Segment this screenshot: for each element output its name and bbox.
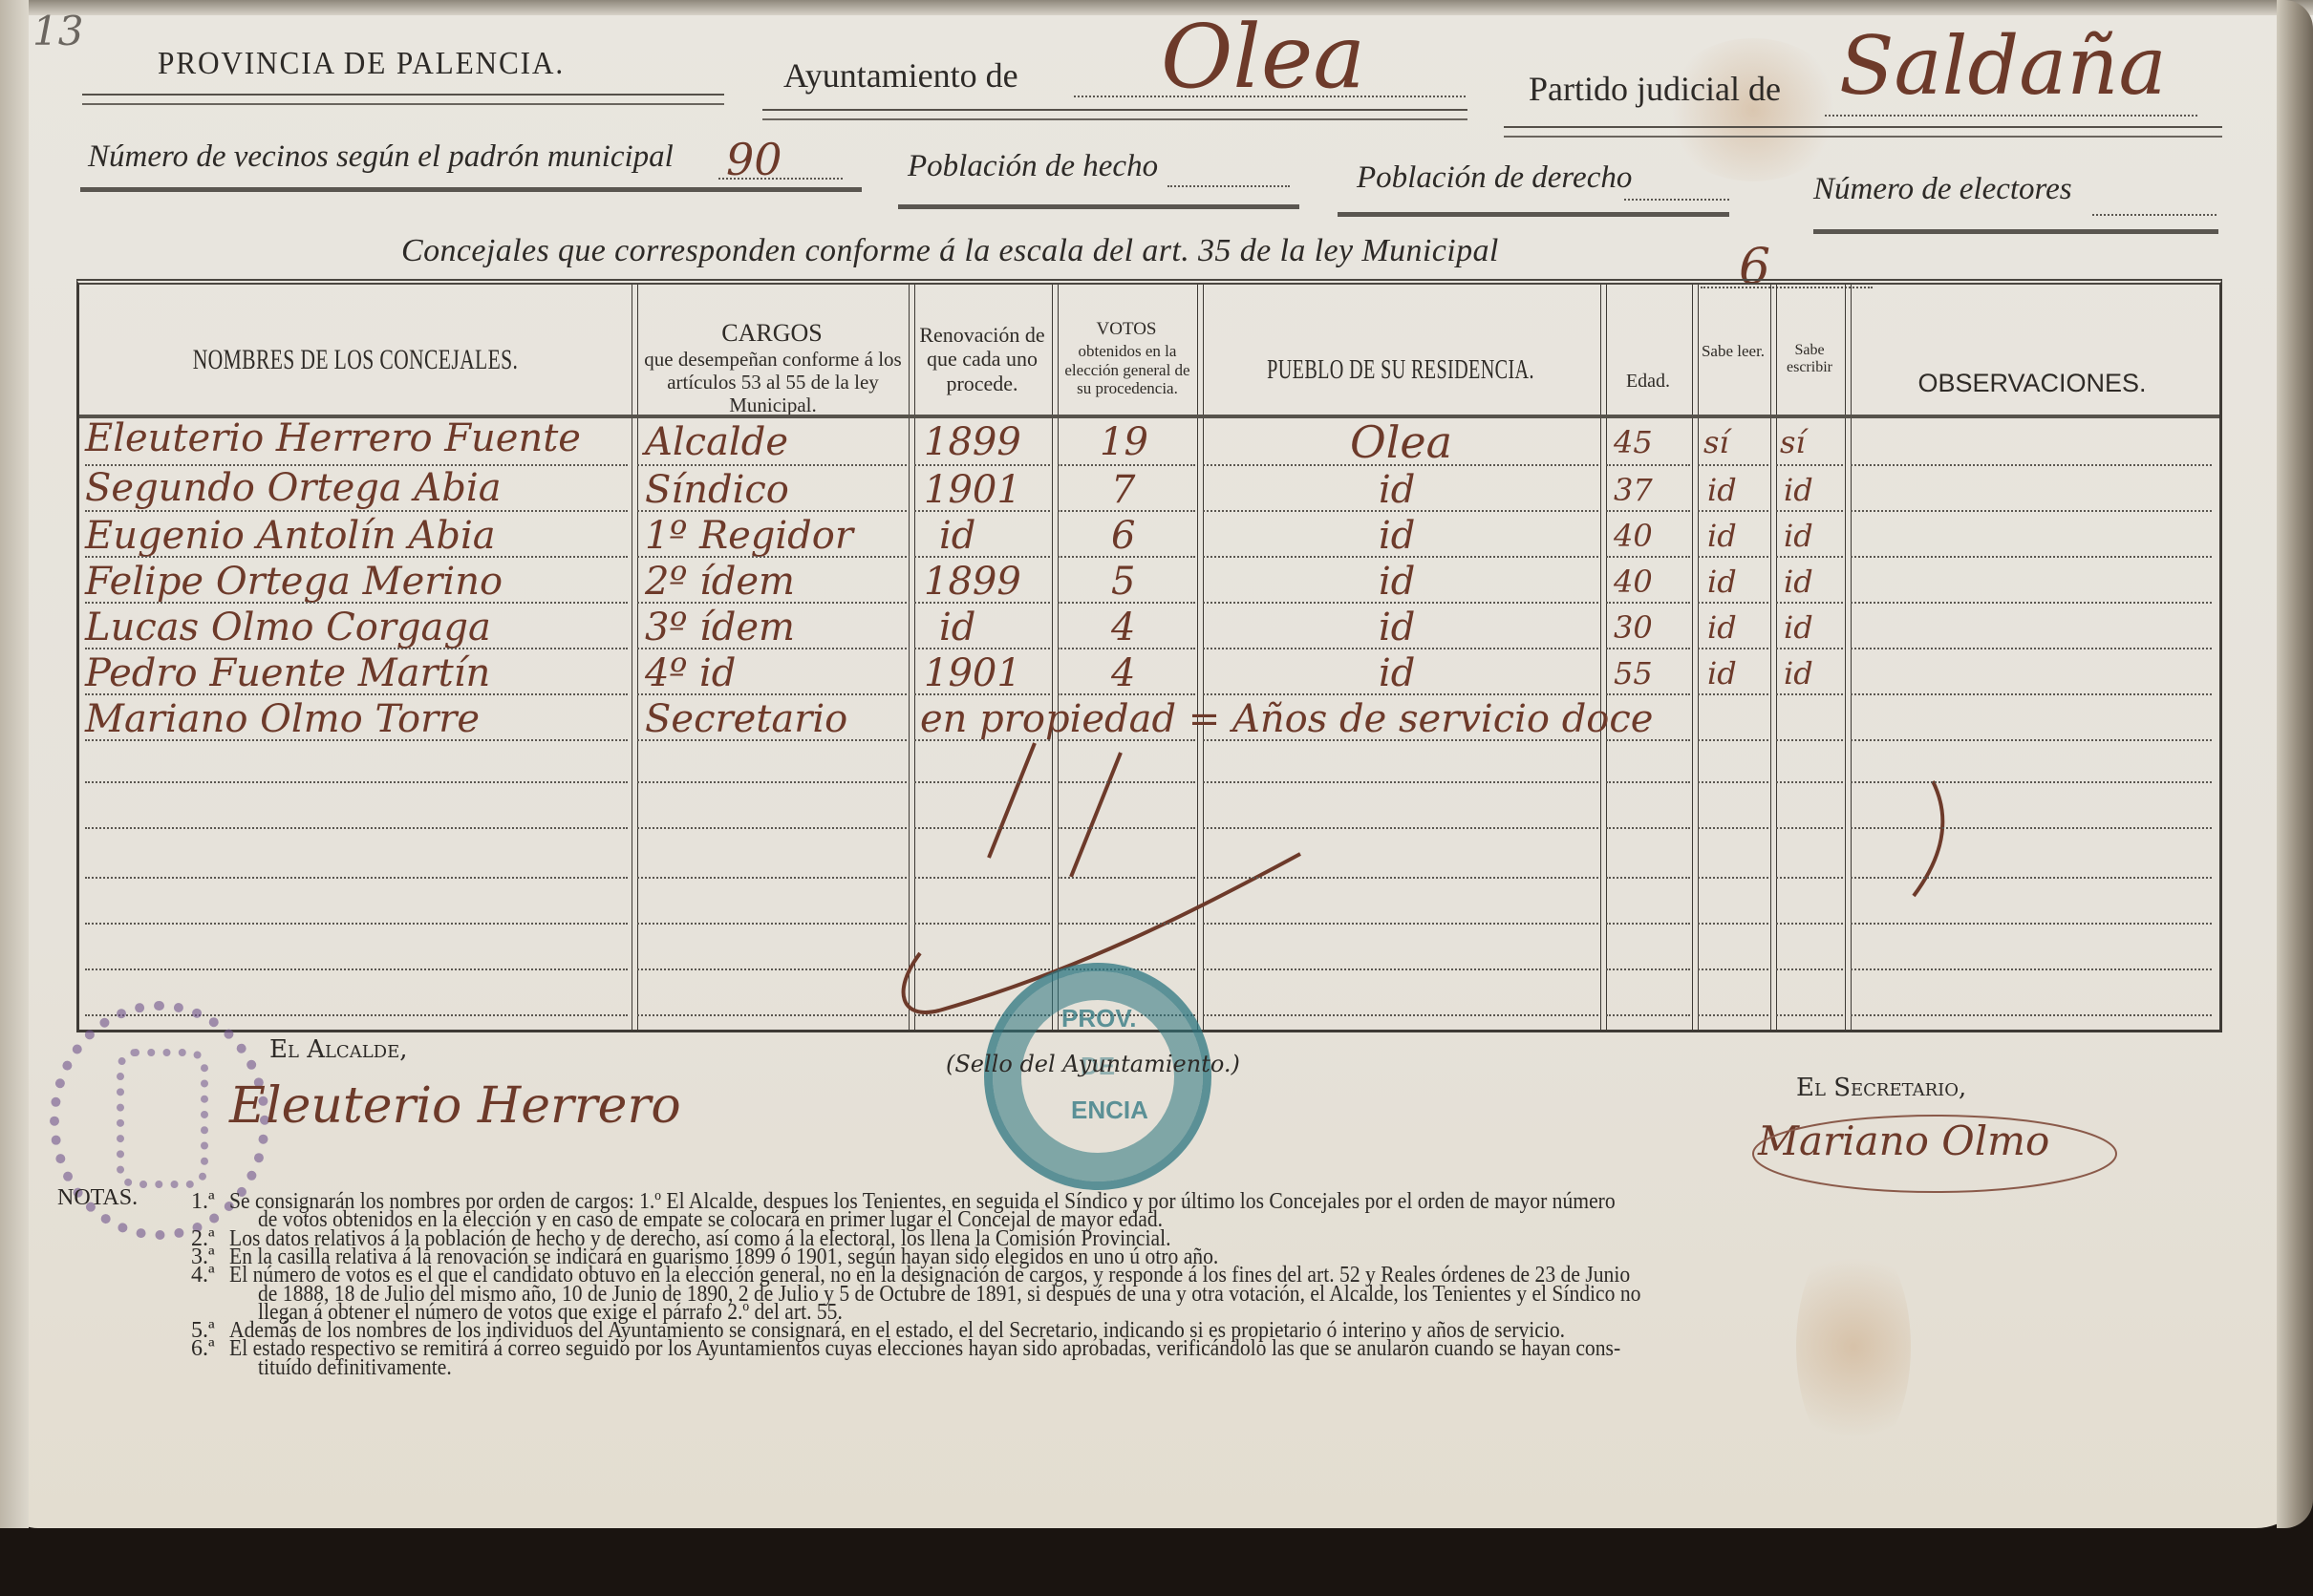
- row-dotted-line: [1058, 556, 1195, 558]
- row-dotted-line: [1203, 923, 1598, 925]
- row-dotted-line: [1606, 602, 1690, 604]
- row-dotted-line: [1606, 877, 1690, 879]
- row-dotted-line: [1203, 1014, 1598, 1016]
- row-dotted-line: [85, 968, 628, 970]
- row-dotted-line: [1851, 602, 2212, 604]
- divider: [80, 187, 862, 192]
- row-dotted-line: [1698, 602, 1768, 604]
- divider: [898, 204, 1299, 209]
- secretario-label: El Secretario,: [1796, 1074, 1966, 1102]
- row-dotted-line: [1776, 827, 1843, 829]
- divider: [82, 94, 724, 105]
- row-dotted-line: [1851, 739, 2212, 741]
- row-dotted-line: [914, 556, 1050, 558]
- row-dotted-line: [1606, 1014, 1690, 1016]
- row-dotted-line: [1606, 827, 1690, 829]
- row-dotted-line: [914, 781, 1050, 783]
- divider: [1504, 126, 2222, 138]
- province-title: PROVINCIA DE PALENCIA.: [158, 46, 565, 82]
- row-dotted-line: [637, 602, 907, 604]
- row-dotted-line: [1698, 648, 1768, 649]
- row-dotted-line: [1058, 648, 1195, 649]
- row-dotted-line: [85, 693, 628, 695]
- row-dotted-line: [1698, 968, 1768, 970]
- row-dotted-line: [1203, 968, 1598, 970]
- row-dotted-line: [1851, 923, 2212, 925]
- row-dotted-line: [1698, 1014, 1768, 1016]
- row-dotted-line: [637, 556, 907, 558]
- row-dotted-line: [1606, 781, 1690, 783]
- row-dotted-line: [1698, 510, 1768, 512]
- row-dotted-line: [85, 556, 628, 558]
- row-dotted-line: [85, 781, 628, 783]
- row-dotted-line: [1058, 781, 1195, 783]
- row-dotted-line: [85, 510, 628, 512]
- ayuntamiento-label: Ayuntamiento de: [783, 55, 1018, 96]
- hecho-field-line: [1167, 185, 1290, 187]
- row-dotted-line: [1776, 923, 1843, 925]
- row-dotted-line: [1203, 781, 1598, 783]
- water-stain: [1662, 38, 1844, 181]
- vecinos-value: 90: [726, 134, 782, 185]
- row-dotted-line: [85, 923, 628, 925]
- row-dotted-line: [1776, 556, 1843, 558]
- row-dotted-line: [1776, 781, 1843, 783]
- divider: [1338, 212, 1729, 217]
- signature-flourish: [1739, 1104, 2140, 1209]
- row-dotted-line: [1203, 464, 1598, 466]
- row-dotted-line: [914, 602, 1050, 604]
- row-dotted-line: [1698, 556, 1768, 558]
- row-dotted-line: [1851, 781, 2212, 783]
- row-dotted-line: [1851, 648, 2212, 649]
- row-dotted-line: [914, 510, 1050, 512]
- row-dotted-line: [1698, 464, 1768, 466]
- row-dotted-line: [1203, 827, 1598, 829]
- row-dotted-line: [1203, 739, 1598, 741]
- row-dotted-line: [1058, 693, 1195, 695]
- row-dotted-line: [1698, 877, 1768, 879]
- row-dotted-line: [1606, 693, 1690, 695]
- row-dotted-line: [914, 739, 1050, 741]
- row-dotted-line: [637, 827, 907, 829]
- row-dotted-line: [1606, 648, 1690, 649]
- row-dotted-line: [1606, 556, 1690, 558]
- row-dotted-line: [1698, 923, 1768, 925]
- row-dotted-line: [1058, 739, 1195, 741]
- row-dotted-line: [1698, 827, 1768, 829]
- row-dotted-line: [637, 877, 907, 879]
- row-dotted-line: [1776, 968, 1843, 970]
- row-dotted-line: [1776, 739, 1843, 741]
- pen-strokes: [79, 285, 2219, 1030]
- row-dotted-line: [914, 968, 1050, 970]
- row-dotted-line: [1606, 923, 1690, 925]
- row-dotted-line: [1776, 464, 1843, 466]
- note-text: tituído definitivamente.: [258, 1355, 452, 1381]
- row-dotted-line: [1058, 510, 1195, 512]
- row-dotted-line: [914, 648, 1050, 649]
- partido-value: Saldaña: [1839, 19, 2167, 113]
- row-dotted-line: [637, 510, 907, 512]
- row-dotted-line: [1606, 739, 1690, 741]
- row-dotted-line: [1851, 693, 2212, 695]
- row-dotted-line: [914, 827, 1050, 829]
- row-dotted-line: [1776, 877, 1843, 879]
- water-stain: [1796, 1232, 1911, 1461]
- note-number: 6.ª: [191, 1336, 215, 1362]
- vecinos-label: Número de vecinos según el padrón munici…: [88, 139, 674, 175]
- notes-label: NOTAS.: [57, 1189, 138, 1207]
- row-dotted-line: [1698, 781, 1768, 783]
- row-dotted-line: [1851, 827, 2212, 829]
- row-dotted-line: [1058, 923, 1195, 925]
- stamp-text: ENCIA: [1071, 1096, 1148, 1125]
- row-dotted-line: [85, 739, 628, 741]
- stamp-text: PROV.: [1061, 1004, 1137, 1033]
- row-dotted-line: [637, 1014, 907, 1016]
- row-dotted-line: [637, 464, 907, 466]
- row-dotted-line: [1851, 556, 2212, 558]
- row-dotted-line: [1058, 602, 1195, 604]
- row-dotted-line: [1851, 464, 2212, 466]
- derecho-field-line: [1624, 199, 1729, 201]
- row-dotted-line: [914, 877, 1050, 879]
- book-top-edge: [0, 0, 2313, 15]
- row-dotted-line: [1058, 877, 1195, 879]
- ayuntamiento-value: Olea: [1161, 6, 1365, 108]
- row-dotted-line: [914, 464, 1050, 466]
- row-dotted-line: [1203, 877, 1598, 879]
- row-dotted-line: [1203, 556, 1598, 558]
- row-dotted-line: [85, 877, 628, 879]
- concejales-label: Concejales que corresponden conforme á l…: [401, 233, 1499, 269]
- row-dotted-line: [1851, 968, 2212, 970]
- row-dotted-line: [637, 968, 907, 970]
- electores-label: Número de electores: [1813, 172, 2072, 207]
- document-page: 13 PROVINCIA DE PALENCIA. Ayuntamiento d…: [0, 0, 2313, 1528]
- alcalde-signature: Eleuterio Herrero: [229, 1077, 681, 1135]
- partido-field-line: [1825, 115, 2197, 117]
- divider: [762, 109, 1467, 120]
- note-number: 1.ª: [191, 1189, 215, 1215]
- book-binding: [0, 0, 29, 1528]
- row-dotted-line: [1851, 510, 2212, 512]
- row-dotted-line: [1698, 739, 1768, 741]
- row-dotted-line: [914, 923, 1050, 925]
- row-dotted-line: [1776, 510, 1843, 512]
- row-dotted-line: [1203, 510, 1598, 512]
- row-dotted-line: [85, 464, 628, 466]
- row-dotted-line: [637, 693, 907, 695]
- hecho-label: Población de hecho: [908, 149, 1158, 184]
- derecho-label: Población de derecho: [1357, 160, 1632, 196]
- alcalde-label: El Alcalde,: [269, 1035, 408, 1064]
- row-dotted-line: [637, 648, 907, 649]
- row-dotted-line: [85, 827, 628, 829]
- row-dotted-line: [1606, 510, 1690, 512]
- note-number: 4.ª: [191, 1263, 215, 1288]
- row-dotted-line: [1203, 693, 1598, 695]
- row-dotted-line: [637, 781, 907, 783]
- row-dotted-line: [1203, 648, 1598, 649]
- row-dotted-line: [85, 648, 628, 649]
- row-dotted-line: [1203, 602, 1598, 604]
- row-dotted-line: [1851, 877, 2212, 879]
- page-number: 13: [32, 8, 83, 54]
- sello-label: (Sello del Ayuntamiento.): [946, 1051, 1240, 1077]
- partido-label: Partido judicial de: [1529, 69, 1781, 109]
- divider: [1813, 229, 2218, 234]
- row-dotted-line: [914, 693, 1050, 695]
- row-dotted-line: [1606, 968, 1690, 970]
- row-dotted-line: [1058, 827, 1195, 829]
- row-dotted-line: [85, 602, 628, 604]
- row-dotted-line: [1606, 464, 1690, 466]
- row-dotted-line: [1851, 1014, 2212, 1016]
- row-dotted-line: [637, 923, 907, 925]
- row-dotted-line: [1776, 1014, 1843, 1016]
- row-dotted-line: [1776, 693, 1843, 695]
- row-dotted-line: [637, 739, 907, 741]
- row-dotted-line: [1698, 693, 1768, 695]
- row-dotted-line: [1776, 602, 1843, 604]
- electores-field-line: [2092, 214, 2217, 216]
- page-edge: [2277, 0, 2313, 1528]
- row-dotted-line: [1776, 648, 1843, 649]
- row-dotted-line: [1058, 464, 1195, 466]
- concejales-table: NOMBRES DE LOS CONCEJALES. CARGOS que de…: [76, 279, 2222, 1032]
